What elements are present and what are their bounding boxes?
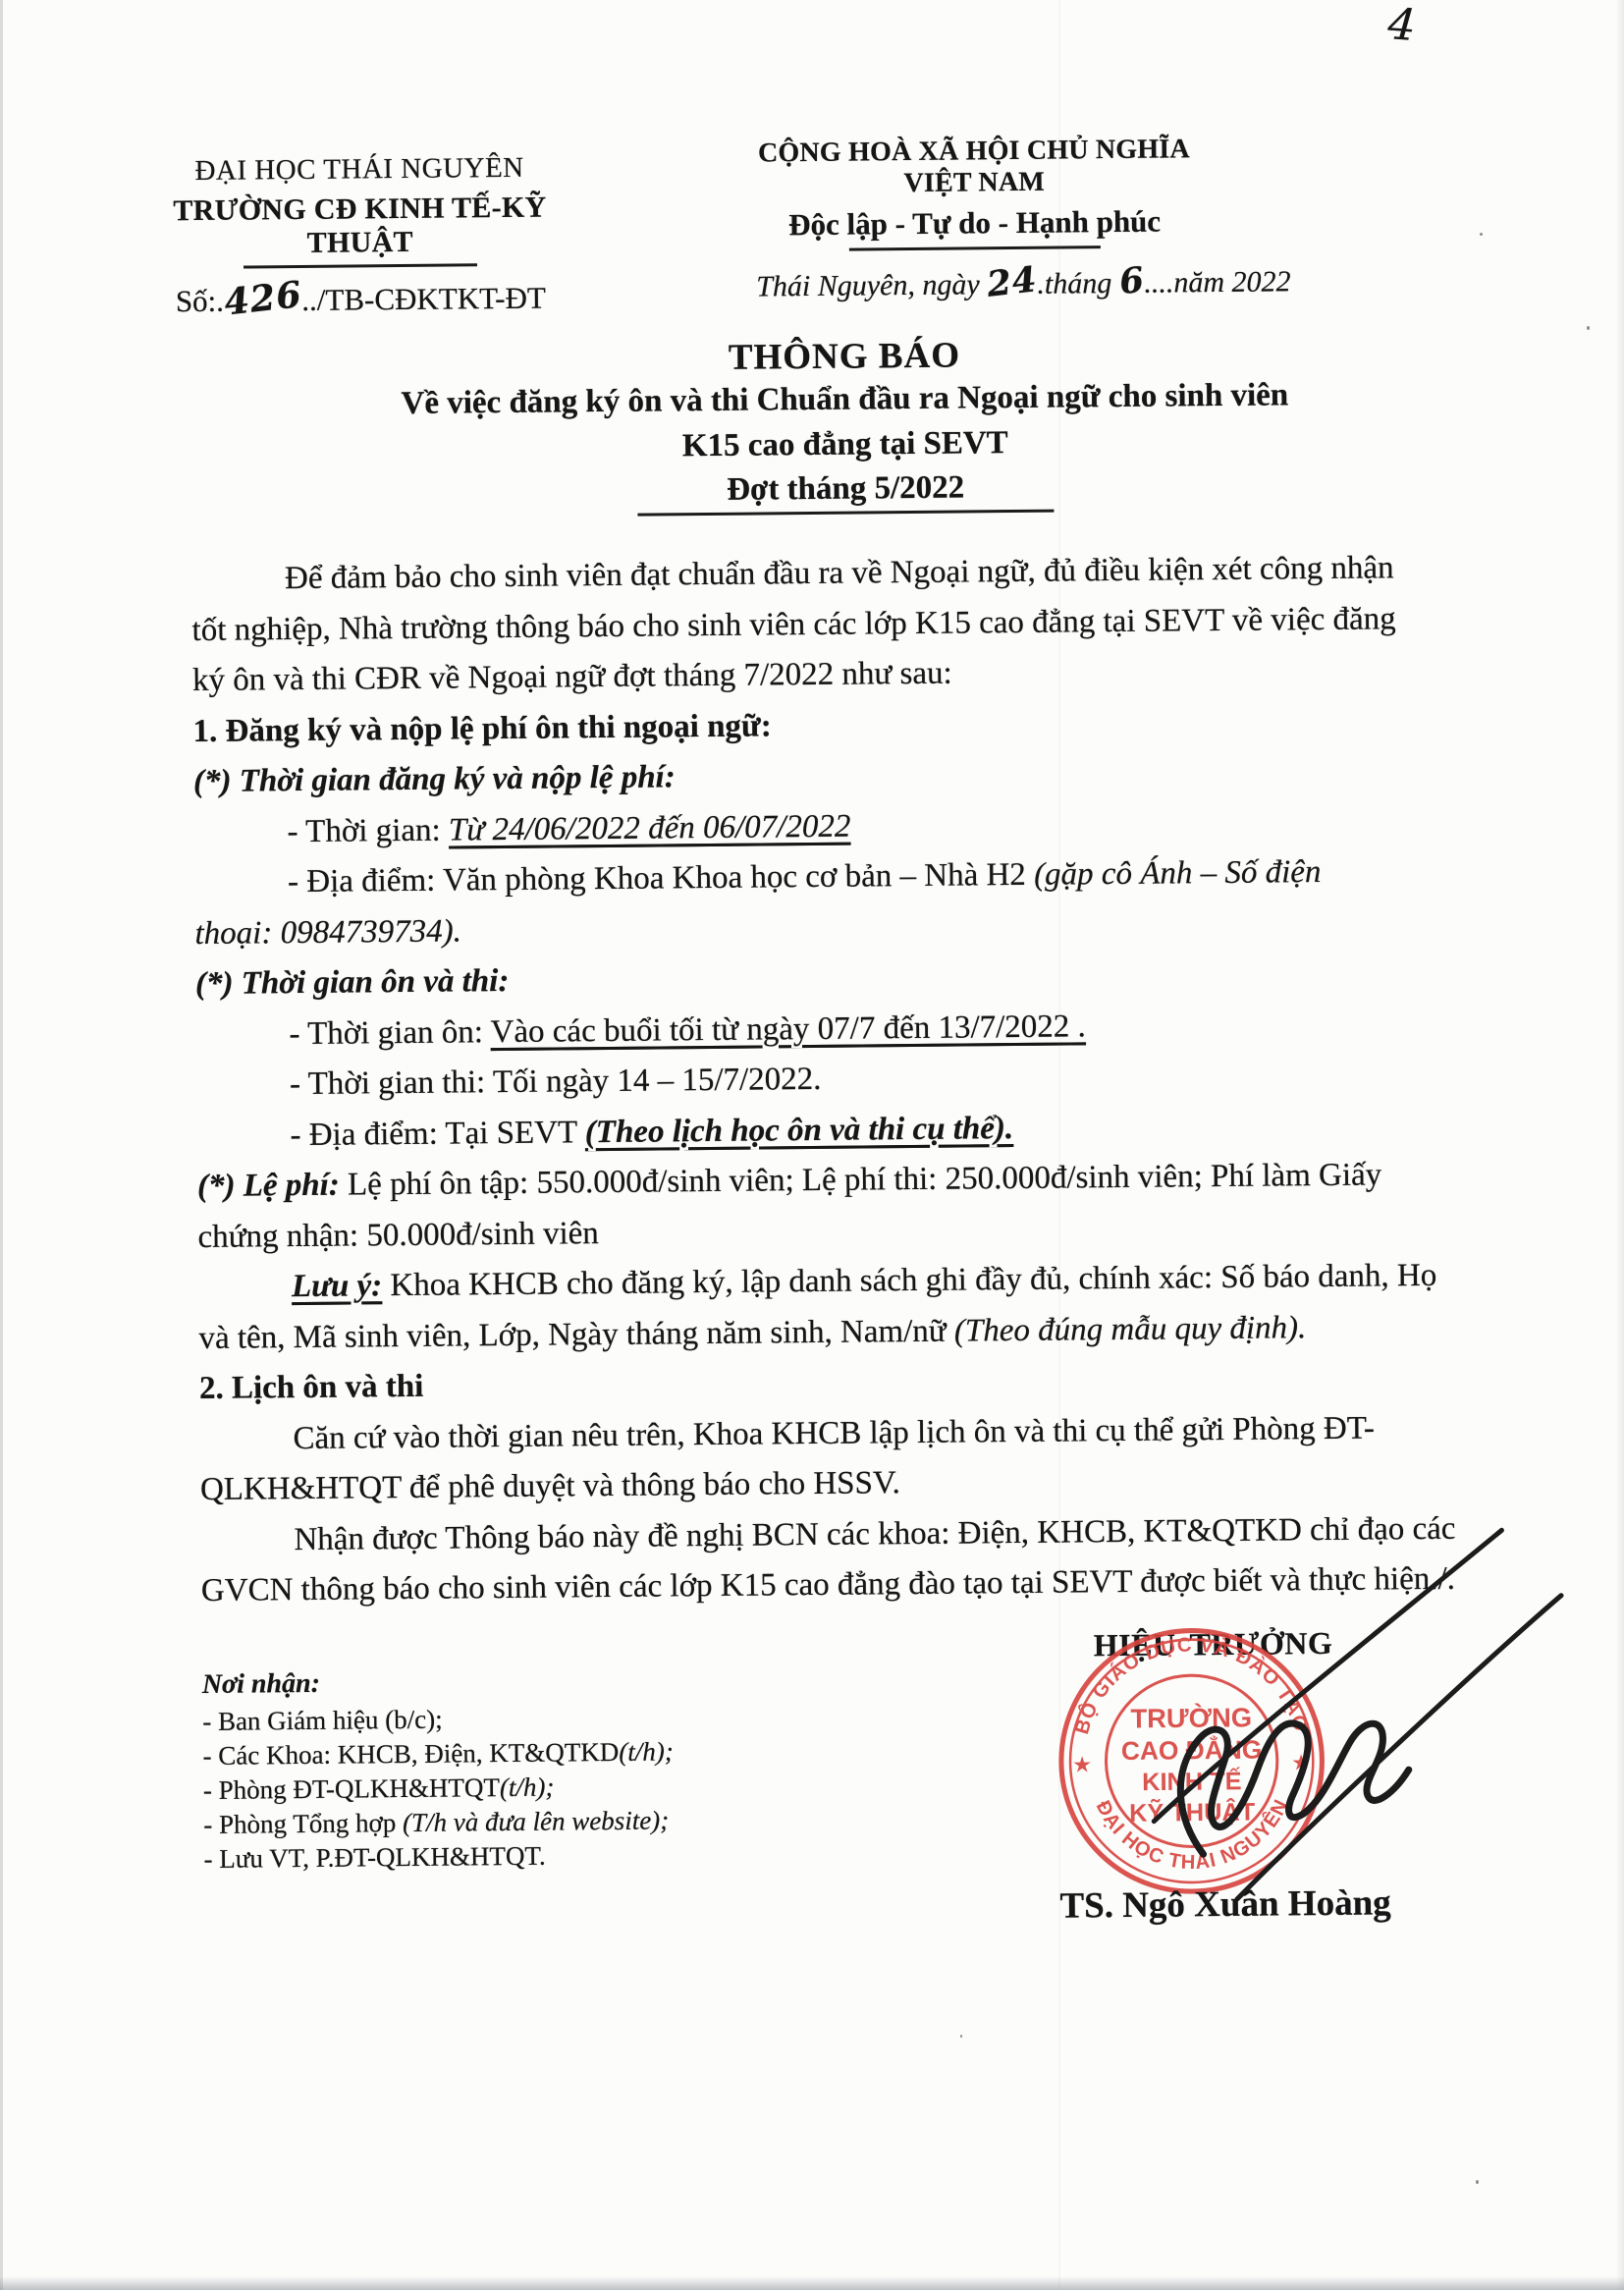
date-day-handwritten: 24 — [985, 259, 1040, 305]
label-fees: (*) Lệ phí: — [197, 1168, 348, 1204]
date-text-2: .tháng — [1037, 267, 1111, 300]
document-number: Số:.426../TB-CĐKTKT-ĐT — [157, 274, 564, 320]
recipient-text: - Các Khoa: KHCB, Điện, KT&QTKD — [202, 1737, 619, 1771]
scan-artifact-line — [1058, 0, 1060, 2290]
document-number-prefix: Số:. — [176, 284, 224, 318]
scan-speck — [1480, 233, 1483, 236]
motto-underline — [849, 245, 1101, 250]
scan-speck — [1587, 326, 1590, 330]
review-dates: Vào các buổi tối từ ngày 07/7 đến 13/7/2… — [490, 1009, 1086, 1050]
handwritten-page-number: 4 — [1386, 0, 1418, 51]
org-underline — [244, 263, 477, 268]
scan-speck — [1476, 2180, 1479, 2184]
recipient-text: - Phòng Tổng hợp — [203, 1808, 403, 1839]
date-text-3: ....năm 2022 — [1144, 265, 1290, 299]
date-month-handwritten: 6 — [1117, 260, 1147, 303]
parent-org-name: ĐẠI HỌC THÁI NGUYÊN — [156, 151, 563, 188]
recipient-item: - Phòng ĐT-QLKH&HTQT(t/h); — [203, 1771, 674, 1810]
recipient-item: - Lưu VT, P.ĐT-QLKH&HTQT. — [203, 1839, 674, 1879]
form-note: (Theo đúng mẫu quy định). — [954, 1310, 1307, 1348]
document-number-handwritten: 426 — [222, 273, 304, 324]
national-motto: Độc lập - Tự do - Hạnh phúc — [755, 203, 1193, 243]
scanned-document-page: 4 ĐẠI HỌC THÁI NGUYÊN TRƯỜNG CĐ KINH TẾ-… — [0, 0, 1624, 2290]
scan-edge-right — [1616, 0, 1624, 2290]
note-detail-2: và tên, Mã sinh viên, Lớp, Ngày tháng nă… — [198, 1313, 954, 1355]
scan-edge-bottom — [0, 2276, 1624, 2290]
date-text-1: Thái Nguyên, ngày — [756, 268, 980, 302]
label-time: - Thời gian: — [287, 812, 449, 849]
recipient-suffix: (T/h và đưa lên website); — [403, 1805, 669, 1837]
recipient-item: - Ban Giám hiệu (b/c); — [202, 1702, 673, 1741]
label-note: Lưu ý: — [292, 1268, 383, 1304]
document-body: Để đảm bảo cho sinh viên đạt chuẩn đầu r… — [191, 549, 1517, 1623]
recipient-item: - Phòng Tổng hợp (T/h và đưa lên website… — [203, 1805, 674, 1844]
scan-edge-left — [0, 0, 3, 2290]
recipient-text: - Phòng ĐT-QLKH&HTQT — [203, 1772, 500, 1805]
place-date-line: Thái Nguyên, ngày 24.tháng 6....năm 2022 — [756, 260, 1194, 304]
label-location: - Địa điểm: Văn phòng Khoa Khoa học cơ b… — [288, 857, 1034, 900]
schedule-note: (Theo lịch học ôn và thi cụ thể). — [585, 1111, 1014, 1150]
signature-flourish-lower — [1234, 1596, 1564, 1899]
recipient-suffix: (t/h); — [500, 1772, 555, 1803]
document-number-suffix: /TB-CĐKTKT-ĐT — [317, 281, 546, 317]
signer-name: TS. Ngô Xuân Hoàng — [1009, 1881, 1441, 1928]
recipient-item: - Các Khoa: KHCB, Điện, KT&QTKD(t/h); — [202, 1736, 673, 1775]
issuing-org-block: ĐẠI HỌC THÁI NGUYÊN TRƯỜNG CĐ KINH TẾ-KỸ… — [156, 151, 565, 320]
national-title: CỘNG HOÀ XÃ HỘI CHỦ NGHĨA VIỆT NAM — [755, 134, 1194, 200]
scan-speck — [1159, 1439, 1162, 1442]
issuing-org-name: TRƯỜNG CĐ KINH TẾ-KỸ THUẬT — [156, 191, 564, 261]
label-exam-location: - Địa điểm: Tại SEVT — [290, 1115, 585, 1153]
recipients-list: Nơi nhận: - Ban Giám hiệu (b/c); - Các K… — [202, 1664, 675, 1879]
registration-dates: Từ 24/06/2022 đến 06/07/2022 — [449, 808, 851, 847]
national-header-block: CỘNG HOÀ XÃ HỘI CHỦ NGHĨA VIỆT NAM Độc l… — [755, 134, 1195, 304]
signature-scribble — [1180, 1722, 1410, 1855]
label-review-time: - Thời gian ôn: — [289, 1014, 490, 1052]
contact-note: (gặp cô Ánh – Số điện — [1034, 854, 1322, 893]
document-title-block: THÔNG BÁO Về việc đăng ký ôn và thi Chuẩ… — [189, 329, 1501, 520]
recipients-title: Nơi nhận: — [202, 1664, 673, 1701]
recipient-suffix: (t/h); — [619, 1736, 674, 1767]
scan-speck — [960, 2035, 962, 2038]
